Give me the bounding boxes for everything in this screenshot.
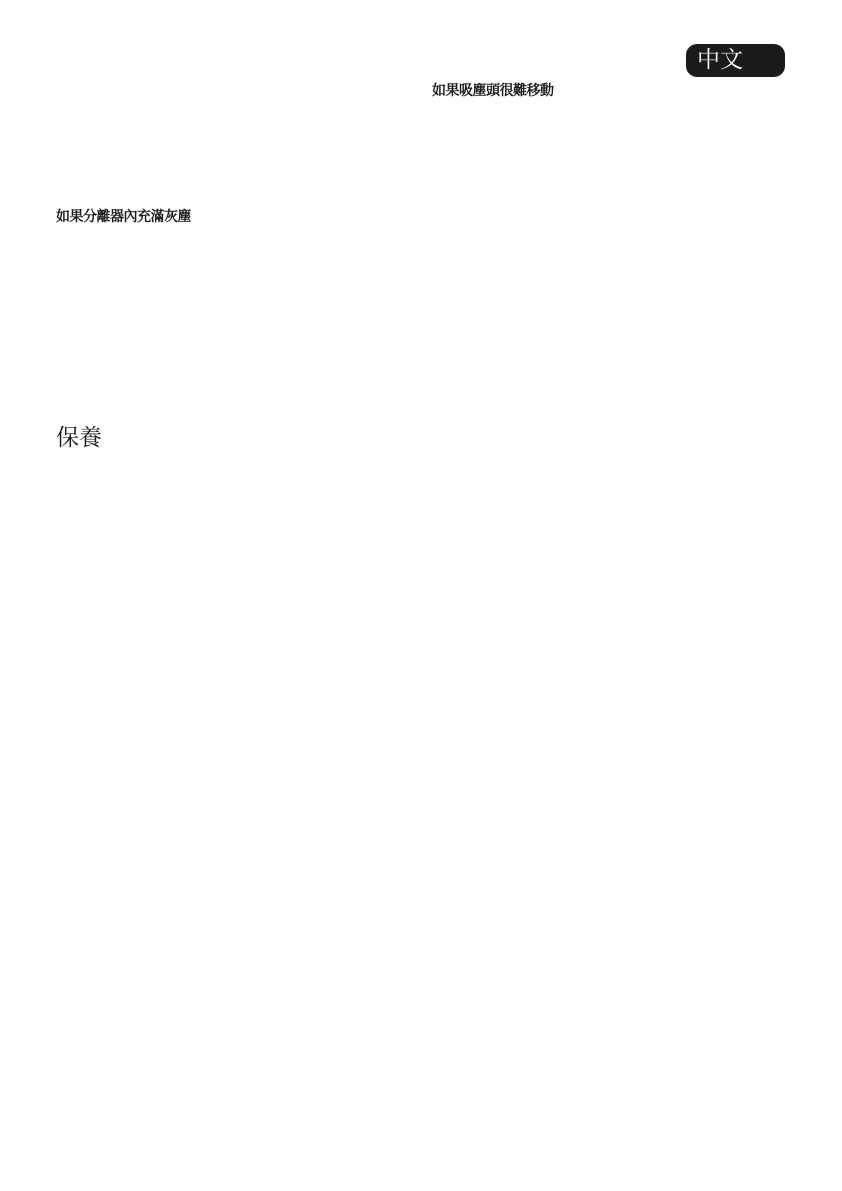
language-tab: 中文 [686,44,785,77]
troubleshooting-heading-hard-to-move: 如果吸塵頭很難移動 [432,84,554,98]
troubleshooting-heading-separator-full: 如果分離器內充滿灰塵 [56,210,191,224]
maintenance-section-heading: 保養 [56,427,102,450]
language-tab-label: 中文 [697,49,743,72]
